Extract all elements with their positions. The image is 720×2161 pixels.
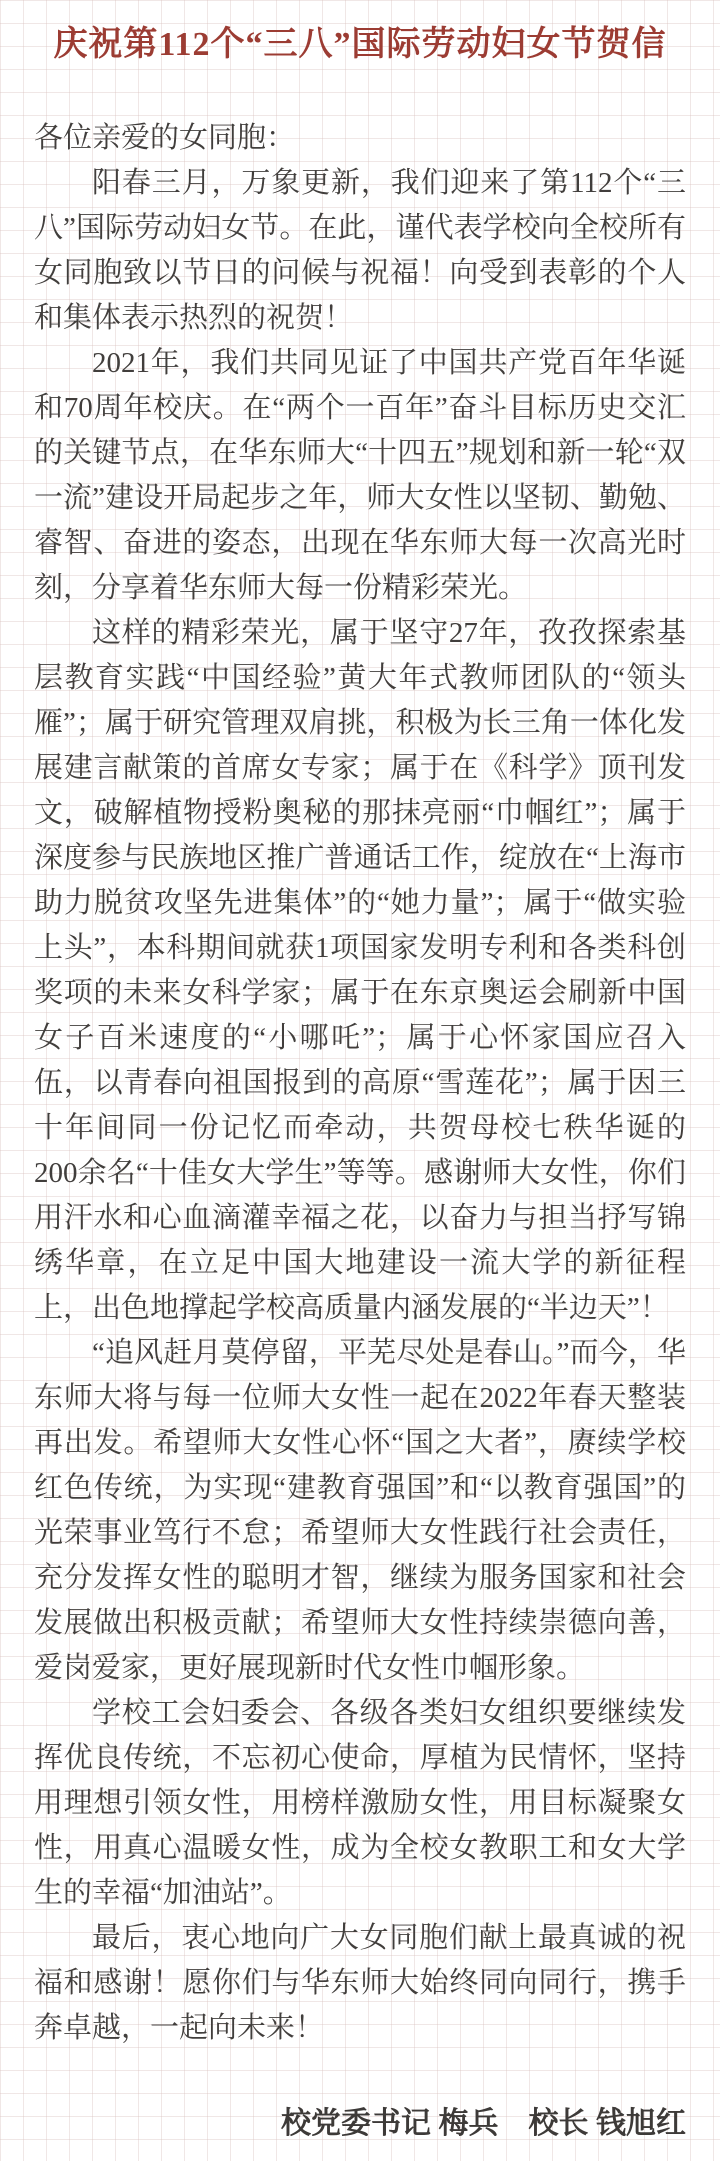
letter-title: 庆祝第112个“三八”国际劳动妇女节贺信 xyxy=(34,24,686,66)
letter-paragraph-5: 学校工会妇委会、各级各类妇女组织要继续发挥优良传统，不忘初心使命，厚植为民情怀，… xyxy=(34,1691,686,1916)
letter-paragraph-2: 2021年，我们共同见证了中国共产党百年华诞和70周年校庆。在“两个一百年”奋斗… xyxy=(34,341,686,611)
letter-salutation: 各位亲爱的女同胞： xyxy=(34,116,686,161)
letter-signature: 校党委书记 梅兵 校长 钱旭红 xyxy=(34,2101,686,2146)
letter-paragraph-6: 最后，衷心地向广大女同胞们献上最真诚的祝福和感谢！愿你们与华东师大始终同向同行，… xyxy=(34,1916,686,2051)
letter-paragraph-1: 阳春三月，万象更新，我们迎来了第112个“三八”国际劳动妇女节。在此，谨代表学校… xyxy=(34,161,686,341)
letter-paragraph-3: 这样的精彩荣光，属于坚守27年，孜孜探索基层教育实践“中国经验”黄大年式教师团队… xyxy=(34,611,686,1331)
letter-paragraph-4: “追风赶月莫停留，平芜尽处是春山。”而今，华东师大将与每一位师大女性一起在202… xyxy=(34,1331,686,1691)
letter-page: 庆祝第112个“三八”国际劳动妇女节贺信 各位亲爱的女同胞： 阳春三月，万象更新… xyxy=(0,0,720,2161)
